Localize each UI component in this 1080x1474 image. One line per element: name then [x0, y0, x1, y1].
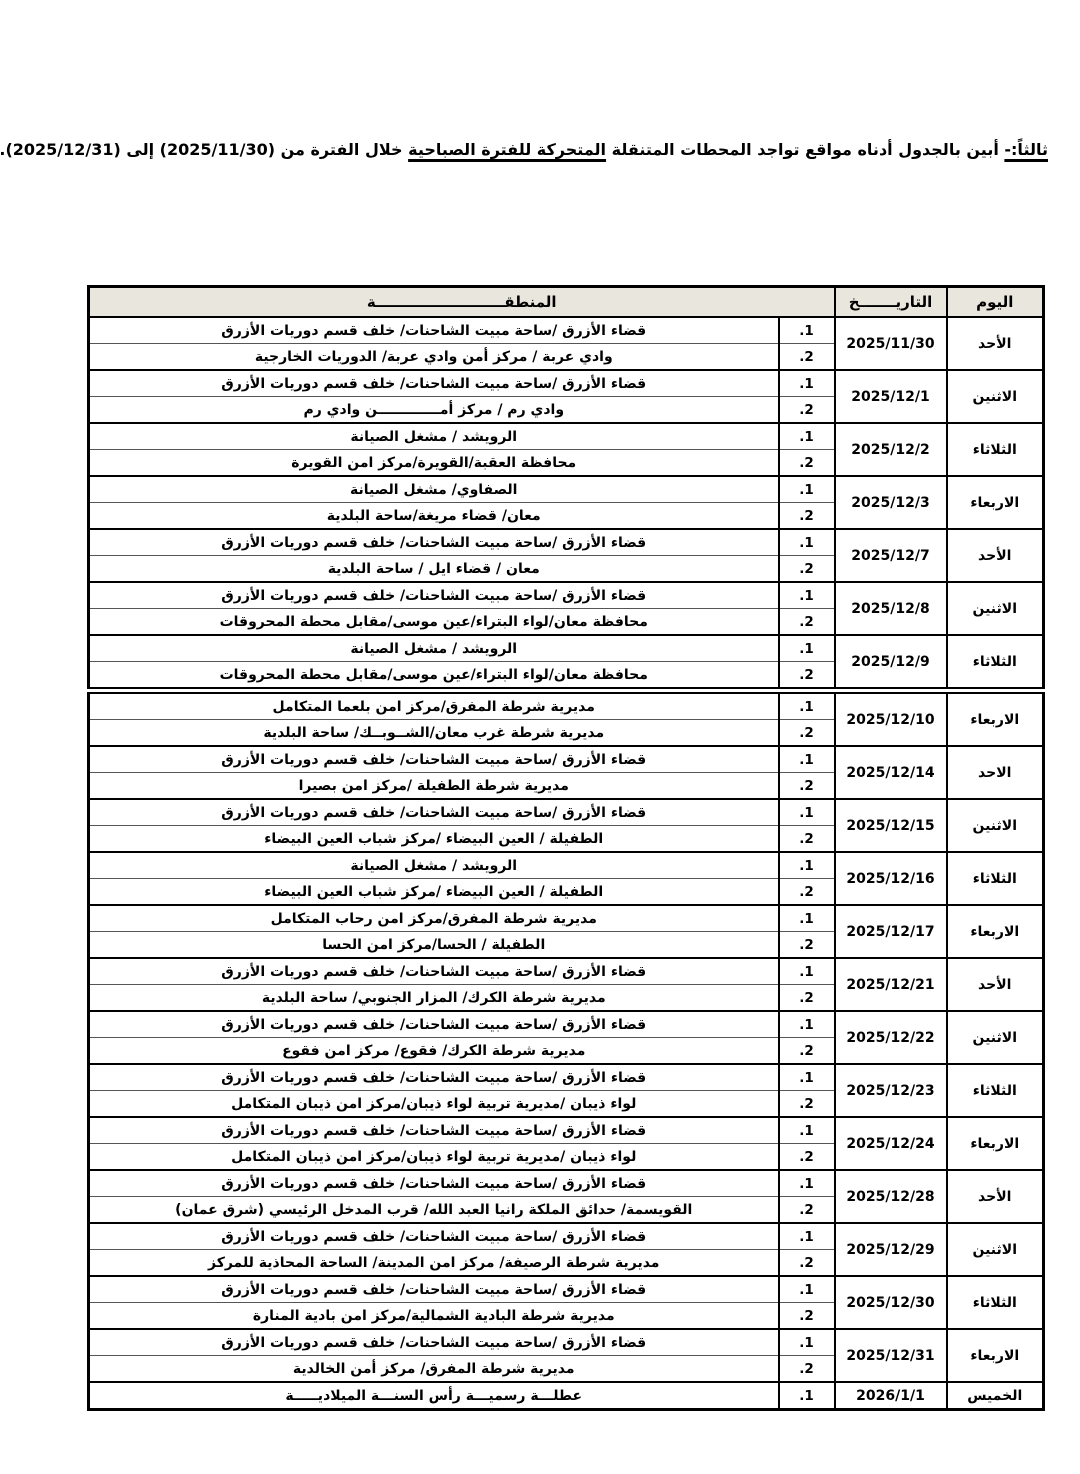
table-row: الاربعاء2025/12/31.الصفاوي/ مشغل الصيانة — [84, 476, 1039, 503]
table-row: الاثنين2025/12/221.قضاء الأزرق /ساحة مبي… — [84, 1011, 1039, 1038]
area-cell: قضاء الأزرق /ساحة مبيت الشاحنات/ خلف قسم… — [84, 582, 774, 609]
day-cell: الاثنين — [942, 582, 1039, 635]
area-cell: الصفاوي/ مشغل الصيانة — [84, 476, 774, 503]
area-cell: مديرية شرطة المفرق/مركز امن رحاب المتكام… — [84, 905, 774, 932]
schedule-table-container: اليوم التاريـــــــخ المنطقـــــــــــــ… — [82, 285, 1040, 1411]
area-cell: محافظة معان/لواء البتراء/عين موسى/مقابل … — [84, 662, 774, 691]
area-cell: معان / قضاء ايل / ساحة البلدية — [84, 556, 774, 583]
item-number: 1. — [774, 1276, 830, 1303]
date-cell: 2025/12/29 — [830, 1223, 942, 1276]
table-header-row: اليوم التاريـــــــخ المنطقـــــــــــــ… — [84, 287, 1039, 318]
table-row: الثلاثاء2025/12/301.قضاء الأزرق /ساحة مب… — [84, 1276, 1039, 1303]
date-cell: 2025/12/8 — [830, 582, 942, 635]
heading-underlined-phrase: المتحركة للفترة الصباحية — [403, 140, 601, 159]
table-row: الاربعاء2025/12/171.مديرية شرطة المفرق/م… — [84, 905, 1039, 932]
area-cell: مديرية شرطة الكرك/ المزار الجنوبي/ ساحة … — [84, 985, 774, 1012]
heading-period-text: خلال الفترة من (2025/11/30) إلى (2025/12… — [0, 140, 403, 159]
date-cell: 2026/1/1 — [830, 1382, 942, 1410]
date-cell: 2025/12/7 — [830, 529, 942, 582]
date-cell: 2025/12/10 — [830, 691, 942, 747]
area-cell: قضاء الأزرق /ساحة مبيت الشاحنات/ خلف قسم… — [84, 1223, 774, 1250]
table-body: الأحد2025/11/301.قضاء الأزرق /ساحة مبيت … — [84, 317, 1039, 1410]
item-number: 1. — [774, 529, 830, 556]
date-cell: 2025/12/31 — [830, 1329, 942, 1382]
area-cell: الطفيلة / العين البيضاء /مركز شباب العين… — [84, 826, 774, 853]
column-header-date: التاريـــــــخ — [830, 287, 942, 318]
day-cell: الاحد — [942, 746, 1039, 799]
area-cell: مديرية شرطة المفرق/ مركز أمن الخالدية — [84, 1356, 774, 1383]
item-number: 1. — [774, 905, 830, 932]
item-number: 2. — [774, 397, 830, 424]
item-number: 1. — [774, 370, 830, 397]
item-number: 1. — [774, 1382, 830, 1410]
table-row: الاثنين2025/12/81.قضاء الأزرق /ساحة مبيت… — [84, 582, 1039, 609]
item-number: 2. — [774, 1197, 830, 1224]
area-cell: قضاء الأزرق /ساحة مبيت الشاحنات/ خلف قسم… — [84, 1170, 774, 1197]
date-cell: 2025/12/21 — [830, 958, 942, 1011]
table-row: الأحد2025/11/301.قضاء الأزرق /ساحة مبيت … — [84, 317, 1039, 344]
table-row: الأحد2025/12/71.قضاء الأزرق /ساحة مبيت ا… — [84, 529, 1039, 556]
item-number: 1. — [774, 799, 830, 826]
area-cell: مديرية شرطة المفرق/مركز امن بلعما المتكا… — [84, 691, 774, 720]
day-cell: الثلاثاء — [942, 1276, 1039, 1329]
date-cell: 2025/12/16 — [830, 852, 942, 905]
item-number: 1. — [774, 1329, 830, 1356]
item-number: 1. — [774, 746, 830, 773]
item-number: 2. — [774, 985, 830, 1012]
heading-ordinal: ثالثاً:- — [999, 140, 1043, 159]
date-cell: 2025/12/9 — [830, 635, 942, 691]
day-cell: الاربعاء — [942, 905, 1039, 958]
item-number: 2. — [774, 879, 830, 906]
table-row: الاثنين2025/12/151.قضاء الأزرق /ساحة مبي… — [84, 799, 1039, 826]
day-cell: الأحد — [942, 317, 1039, 370]
item-number: 1. — [774, 582, 830, 609]
area-cell: قضاء الأزرق /ساحة مبيت الشاحنات/ خلف قسم… — [84, 317, 774, 344]
document-page: { "document": { "heading": { "part1": "ث… — [0, 0, 1080, 1474]
item-number: 2. — [774, 450, 830, 477]
area-cell: قضاء الأزرق /ساحة مبيت الشاحنات/ خلف قسم… — [84, 1117, 774, 1144]
table-row: الاربعاء2025/12/241.قضاء الأزرق /ساحة مب… — [84, 1117, 1039, 1144]
item-number: 2. — [774, 1250, 830, 1277]
table-row: الاربعاء2025/12/311.قضاء الأزرق /ساحة مب… — [84, 1329, 1039, 1356]
item-number: 2. — [774, 503, 830, 530]
date-cell: 2025/12/14 — [830, 746, 942, 799]
area-cell: محافظة معان/لواء البتراء/عين موسى/مقابل … — [84, 609, 774, 636]
area-cell: الرويشد / مشغل الصيانة — [84, 423, 774, 450]
item-number: 1. — [774, 691, 830, 720]
item-number: 1. — [774, 958, 830, 985]
table-row: الاربعاء2025/12/101.مديرية شرطة المفرق/م… — [84, 691, 1039, 720]
area-cell: قضاء الأزرق /ساحة مبيت الشاحنات/ خلف قسم… — [84, 1064, 774, 1091]
item-number: 1. — [774, 852, 830, 879]
date-cell: 2025/12/28 — [830, 1170, 942, 1223]
area-cell: معان/ قضاء مريغة/ساحة البلدية — [84, 503, 774, 530]
table-row: الأحد2025/12/281.قضاء الأزرق /ساحة مبيت … — [84, 1170, 1039, 1197]
area-cell: القويسمة/ حدائق الملكة رانيا العبد الله/… — [84, 1197, 774, 1224]
item-number: 2. — [774, 609, 830, 636]
item-number: 2. — [774, 1144, 830, 1171]
area-cell: لواء ذيبان /مديرية تربية لواء ذيبان/مركز… — [84, 1091, 774, 1118]
date-cell: 2025/12/22 — [830, 1011, 942, 1064]
item-number: 1. — [774, 423, 830, 450]
item-number: 2. — [774, 662, 830, 691]
day-cell: الثلاثاء — [942, 1064, 1039, 1117]
item-number: 1. — [774, 635, 830, 662]
area-cell: الرويشد / مشغل الصيانة — [84, 852, 774, 879]
area-cell: وادي عربة / مركز أمن وادي عربة/ الدوريات… — [84, 344, 774, 371]
item-number: 1. — [774, 476, 830, 503]
day-cell: الأحد — [942, 958, 1039, 1011]
date-cell: 2025/12/24 — [830, 1117, 942, 1170]
day-cell: الاربعاء — [942, 1329, 1039, 1382]
item-number: 1. — [774, 1117, 830, 1144]
table-row: الاثنين2025/12/11.قضاء الأزرق /ساحة مبيت… — [84, 370, 1039, 397]
area-cell: الطفيلة / الحسا/مركز امن الحسا — [84, 932, 774, 959]
item-number: 2. — [774, 826, 830, 853]
item-number: 1. — [774, 317, 830, 344]
item-number: 2. — [774, 1091, 830, 1118]
day-cell: الخميس — [942, 1382, 1039, 1410]
day-cell: الاثنين — [942, 799, 1039, 852]
date-cell: 2025/12/17 — [830, 905, 942, 958]
column-header-day: اليوم — [942, 287, 1039, 318]
area-cell: قضاء الأزرق /ساحة مبيت الشاحنات/ خلف قسم… — [84, 799, 774, 826]
item-number: 2. — [774, 773, 830, 800]
day-cell: الاثنين — [942, 1223, 1039, 1276]
area-cell: لواء ذيبان /مديرية تربية لواء ذيبان/مركز… — [84, 1144, 774, 1171]
schedule-table: اليوم التاريـــــــخ المنطقـــــــــــــ… — [82, 285, 1040, 1411]
item-number: 2. — [774, 1038, 830, 1065]
day-cell: الثلاثاء — [942, 423, 1039, 476]
item-number: 1. — [774, 1170, 830, 1197]
area-cell: قضاء الأزرق /ساحة مبيت الشاحنات/ خلف قسم… — [84, 370, 774, 397]
date-cell: 2025/12/2 — [830, 423, 942, 476]
table-row: الاحد2025/12/141.قضاء الأزرق /ساحة مبيت … — [84, 746, 1039, 773]
table-row: الثلاثاء2025/12/231.قضاء الأزرق /ساحة مب… — [84, 1064, 1039, 1091]
day-cell: الاثنين — [942, 1011, 1039, 1064]
area-cell: قضاء الأزرق /ساحة مبيت الشاحنات/ خلف قسم… — [84, 746, 774, 773]
area-cell: مديرية شرطة الطفيلة /مركز امن بصيرا — [84, 773, 774, 800]
area-cell: قضاء الأزرق /ساحة مبيت الشاحنات/ خلف قسم… — [84, 1276, 774, 1303]
table-row: الثلاثاء2025/12/91.الرويشد / مشغل الصيان… — [84, 635, 1039, 662]
item-number: 2. — [774, 344, 830, 371]
item-number: 2. — [774, 1303, 830, 1330]
day-cell: الاربعاء — [942, 476, 1039, 529]
day-cell: الثلاثاء — [942, 852, 1039, 905]
table-row: الاثنين2025/12/291.قضاء الأزرق /ساحة مبي… — [84, 1223, 1039, 1250]
item-number: 1. — [774, 1011, 830, 1038]
item-number: 2. — [774, 1356, 830, 1383]
day-cell: الاربعاء — [942, 691, 1039, 747]
day-cell: الأحد — [942, 529, 1039, 582]
item-number: 1. — [774, 1064, 830, 1091]
section-heading: ثالثاً:- أبين بالجدول أدناه مواقع تواجد … — [20, 140, 1043, 159]
day-cell: الاثنين — [942, 370, 1039, 423]
item-number: 2. — [774, 556, 830, 583]
area-cell: وادي رم / مركز أمـــــــــــــن وادي رم — [84, 397, 774, 424]
day-cell: الأحد — [942, 1170, 1039, 1223]
table-row: الأحد2025/12/211.قضاء الأزرق /ساحة مبيت … — [84, 958, 1039, 985]
column-header-area: المنطقـــــــــــــــــــــــــة — [84, 287, 830, 318]
area-cell: قضاء الأزرق /ساحة مبيت الشاحنات/ خلف قسم… — [84, 1011, 774, 1038]
table-row: الثلاثاء2025/12/21.الرويشد / مشغل الصيان… — [84, 423, 1039, 450]
date-cell: 2025/12/30 — [830, 1276, 942, 1329]
table-row: الثلاثاء2025/12/161.الرويشد / مشغل الصيا… — [84, 852, 1039, 879]
date-cell: 2025/12/15 — [830, 799, 942, 852]
table-row: الخميس2026/1/11.عطلـــة رسميـــة رأس الس… — [84, 1382, 1039, 1410]
day-cell: الاربعاء — [942, 1117, 1039, 1170]
area-cell: قضاء الأزرق /ساحة مبيت الشاحنات/ خلف قسم… — [84, 529, 774, 556]
area-cell: مديرية شرطة الكرك/ فقوع/ مركز امن فقوع — [84, 1038, 774, 1065]
day-cell: الثلاثاء — [942, 635, 1039, 691]
date-cell: 2025/11/30 — [830, 317, 942, 370]
area-cell: الطفيلة / العين البيضاء /مركز شباب العين… — [84, 879, 774, 906]
area-cell: مديرية شرطة غرب معان/الشــوبــك/ ساحة ال… — [84, 720, 774, 747]
date-cell: 2025/12/3 — [830, 476, 942, 529]
area-cell: قضاء الأزرق /ساحة مبيت الشاحنات/ خلف قسم… — [84, 958, 774, 985]
area-cell: مديرية شرطة الرصيفة/ مركز امن المدينة/ ا… — [84, 1250, 774, 1277]
area-cell: محافظة العقبة/القويرة/مركز امن القويرة — [84, 450, 774, 477]
item-number: 2. — [774, 932, 830, 959]
heading-text: أبين بالجدول أدناه مواقع تواجد المحطات ا… — [601, 140, 999, 159]
date-cell: 2025/12/23 — [830, 1064, 942, 1117]
date-cell: 2025/12/1 — [830, 370, 942, 423]
area-cell: الرويشد / مشغل الصيانة — [84, 635, 774, 662]
area-cell: قضاء الأزرق /ساحة مبيت الشاحنات/ خلف قسم… — [84, 1329, 774, 1356]
item-number: 2. — [774, 720, 830, 747]
area-cell: مديرية شرطة البادية الشمالية/مركز امن با… — [84, 1303, 774, 1330]
area-cell: عطلـــة رسميـــة رأس السنـــة الميلاديــ… — [84, 1382, 774, 1410]
item-number: 1. — [774, 1223, 830, 1250]
